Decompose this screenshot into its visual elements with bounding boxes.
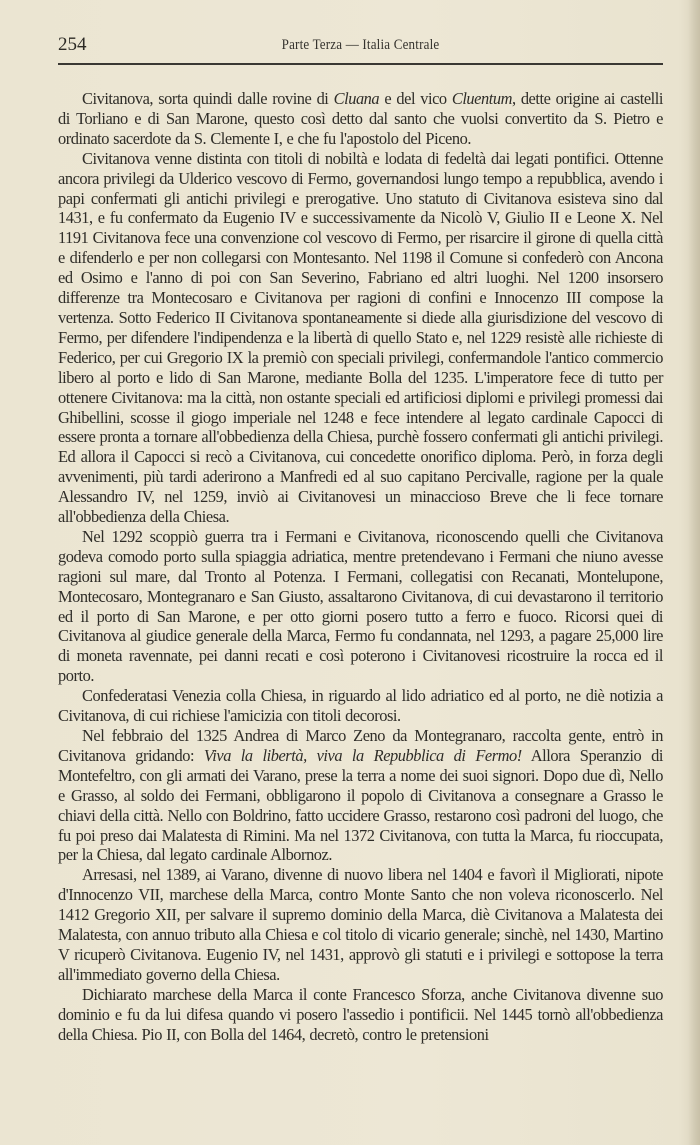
paragraph: Civitanova venne distinta con titoli di … [58,149,663,527]
text-run: Nel 1292 scoppiò guerra tra i Fermani e … [58,527,663,685]
text-run: e del vico [379,89,452,108]
book-page: 254 Parte Terza — Italia Centrale Civita… [0,0,700,1145]
paragraph: Confederatasi Venezia colla Chiesa, in r… [58,686,663,726]
paragraph: Dichiarato marchese della Marca il conte… [58,985,663,1045]
italic-phrase: Cluana [334,89,380,108]
text-run: Arresasi, nel 1389, ai Varano, divenne d… [58,865,663,984]
text-run: Civitanova venne distinta con titoli di … [58,149,663,526]
body-text: Civitanova, sorta quindi dalle rovine di… [58,89,663,1045]
paragraph: Nel febbraio del 1325 Andrea di Marco Ze… [58,726,663,865]
paragraph: Arresasi, nel 1389, ai Varano, divenne d… [58,865,663,984]
text-run: Civitanova, sorta quindi dalle rovine di [82,89,334,108]
page-number: 254 [58,34,87,56]
running-title: Parte Terza — Italia Centrale [88,37,633,54]
italic-phrase: Cluentum [452,89,512,108]
header-rule [58,63,663,65]
text-run: Confederatasi Venezia colla Chiesa, in r… [58,686,663,725]
italic-phrase: Viva la libertà, viva la Repubblica di F… [204,746,522,765]
running-head: 254 Parte Terza — Italia Centrale [58,34,663,56]
page-edge-shadow [688,0,700,1145]
text-run: Dichiarato marchese della Marca il conte… [58,985,663,1044]
paragraph: Nel 1292 scoppiò guerra tra i Fermani e … [58,527,663,686]
paragraph: Civitanova, sorta quindi dalle rovine di… [58,89,663,149]
